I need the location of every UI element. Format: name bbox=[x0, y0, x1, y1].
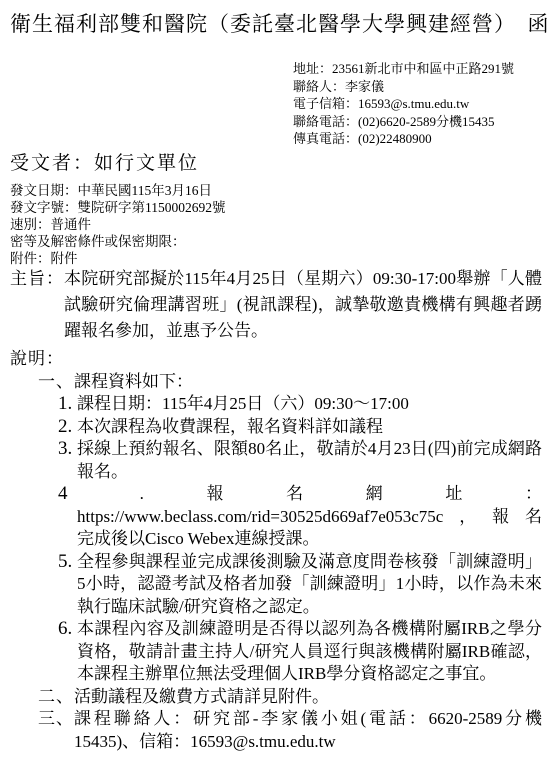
section-2-label: 二、 bbox=[38, 686, 74, 709]
item-3-number: 3. bbox=[58, 438, 77, 483]
explanation-label: 說明： bbox=[10, 348, 542, 371]
course-item-1: 1. 課程日期：115年4月25日（六）09:30～17:00 bbox=[58, 393, 542, 416]
section-2-content: 活動議程及繳費方式請詳見附件。 bbox=[74, 686, 542, 709]
meta-attachment: 附件：附件 bbox=[10, 250, 226, 267]
item-4-url-tail-char: 報 bbox=[492, 506, 509, 529]
item-4-dot: . bbox=[140, 483, 144, 506]
meta-doc-number: 發文字號：雙院研字第1150002692號 bbox=[10, 199, 226, 216]
subject-row: 主旨： 本院研究部擬於115年4月25日（星期六）09:30-17:00舉辦「人… bbox=[10, 266, 542, 344]
item-4-head-char: 名 bbox=[286, 483, 303, 506]
course-item-2: 2. 本次課程為收費課程，報名資料詳如議程 bbox=[58, 416, 542, 439]
explanation-block: 說明： 一、 課程資料如下： 1. 課程日期：115年4月25日（六）09:30… bbox=[10, 348, 542, 753]
contact-fax: 傳真電話：(02)22480900 bbox=[293, 130, 514, 148]
explanation-section-2: 二、 活動議程及繳費方式請詳見附件。 bbox=[38, 686, 542, 709]
contact-address: 地址：23561新北市中和區中正路291號 bbox=[293, 60, 514, 78]
item-3-text: 採線上預約報名、限額80名止，敬請於4月23日(四)前完成網路報名。 bbox=[77, 438, 542, 483]
contact-person: 聯絡人：李家儀 bbox=[293, 78, 514, 96]
course-item-5: 5. 全程參與課程並完成課後測驗及滿意度問卷核發「訓練證明」5小時，認證考試及格… bbox=[58, 551, 542, 619]
item-4-body: https://www.beclass.com/rid=30525d669af7… bbox=[77, 506, 542, 551]
section-1-label: 一、 bbox=[38, 371, 74, 394]
course-item-3: 3. 採線上預約報名、限額80名止，敬請於4月23日(四)前完成網路報名。 bbox=[58, 438, 542, 483]
item-5-text: 全程參與課程並完成課後測驗及滿意度問卷核發「訓練證明」5小時，認證考試及格者加發… bbox=[77, 551, 542, 619]
explanation-section-3: 三、 課程聯絡人：研究部-李家儀小姐(電話：6620-2589分機15435)、… bbox=[38, 708, 542, 753]
section-1-content: 課程資料如下： bbox=[74, 371, 542, 394]
contact-email: 電子信箱：16593@s.tmu.edu.tw bbox=[293, 95, 514, 113]
item-4-url-line: https://www.beclass.com/rid=30525d669af7… bbox=[77, 506, 542, 529]
meta-issue-date: 發文日期：中華民國115年3月16日 bbox=[10, 182, 226, 199]
contact-phone: 聯絡電話：(02)6620-2589分機15435 bbox=[293, 113, 514, 131]
item-5-number: 5. bbox=[58, 551, 77, 619]
item-6-number: 6. bbox=[58, 618, 77, 686]
subject-label: 主旨： bbox=[10, 266, 64, 344]
item-1-text: 課程日期：115年4月25日（六）09:30～17:00 bbox=[77, 393, 542, 416]
meta-block: 發文日期：中華民國115年3月16日 發文字號：雙院研字第1150002692號… bbox=[10, 182, 226, 267]
recipient-line: 受文者：如行文單位 bbox=[10, 148, 199, 175]
contact-block: 地址：23561新北市中和區中正路291號 聯絡人：李家儀 電子信箱：16593… bbox=[293, 60, 514, 148]
registration-url: https://www.beclass.com/rid=30525d669af7… bbox=[77, 506, 443, 529]
meta-speed: 速別：普通件 bbox=[10, 216, 226, 233]
item-4-number: 4 bbox=[58, 483, 77, 506]
item-4-head-char: 址 bbox=[445, 483, 462, 506]
meta-security: 密等及解密條件或保密期限： bbox=[10, 233, 226, 250]
explanation-section-1: 一、 課程資料如下： bbox=[38, 371, 542, 394]
item-4-tail-line: 完成後以Cisco Webex連線授課。 bbox=[77, 528, 542, 551]
official-letter-page: 衛生福利部雙和醫院（委託臺北醫學大學興建經營） 函 地址：23561新北市中和區… bbox=[0, 0, 552, 771]
item-4-url-tail-char: 名 bbox=[525, 506, 542, 529]
item-4-head-line: 4 . 報 名 網 址 ： bbox=[58, 483, 542, 506]
document-body: 主旨： 本院研究部擬於115年4月25日（星期六）09:30-17:00舉辦「人… bbox=[10, 266, 542, 753]
item-2-number: 2. bbox=[58, 416, 77, 439]
section-3-content: 課程聯絡人：研究部-李家儀小姐(電話：6620-2589分機15435)、信箱：… bbox=[74, 708, 542, 753]
item-4-head-char: 報 bbox=[207, 483, 224, 506]
section-3-label: 三、 bbox=[38, 708, 74, 753]
document-title: 衛生福利部雙和醫院（委託臺北醫學大學興建經營） 函 bbox=[10, 8, 550, 38]
item-1-number: 1. bbox=[58, 393, 77, 416]
item-2-text: 本次課程為收費課程，報名資料詳如議程 bbox=[77, 416, 542, 439]
course-item-6: 6. 本課程內容及訓練證明是否得以認列為各機構附屬IRB之學分資格，敬請計畫主持… bbox=[58, 618, 542, 686]
subject-content: 本院研究部擬於115年4月25日（星期六）09:30-17:00舉辦「人體試驗研… bbox=[64, 266, 542, 344]
item-4-head-char: ： bbox=[525, 483, 542, 506]
item-4-head-char: 網 bbox=[366, 483, 383, 506]
item-4-url-tail-char: ， bbox=[459, 506, 476, 529]
course-item-4: 4 . 報 名 網 址 ： https://www.beclass.com/ri… bbox=[10, 483, 542, 551]
item-6-text: 本課程內容及訓練證明是否得以認列為各機構附屬IRB之學分資格，敬請計畫主持人/研… bbox=[77, 618, 542, 686]
